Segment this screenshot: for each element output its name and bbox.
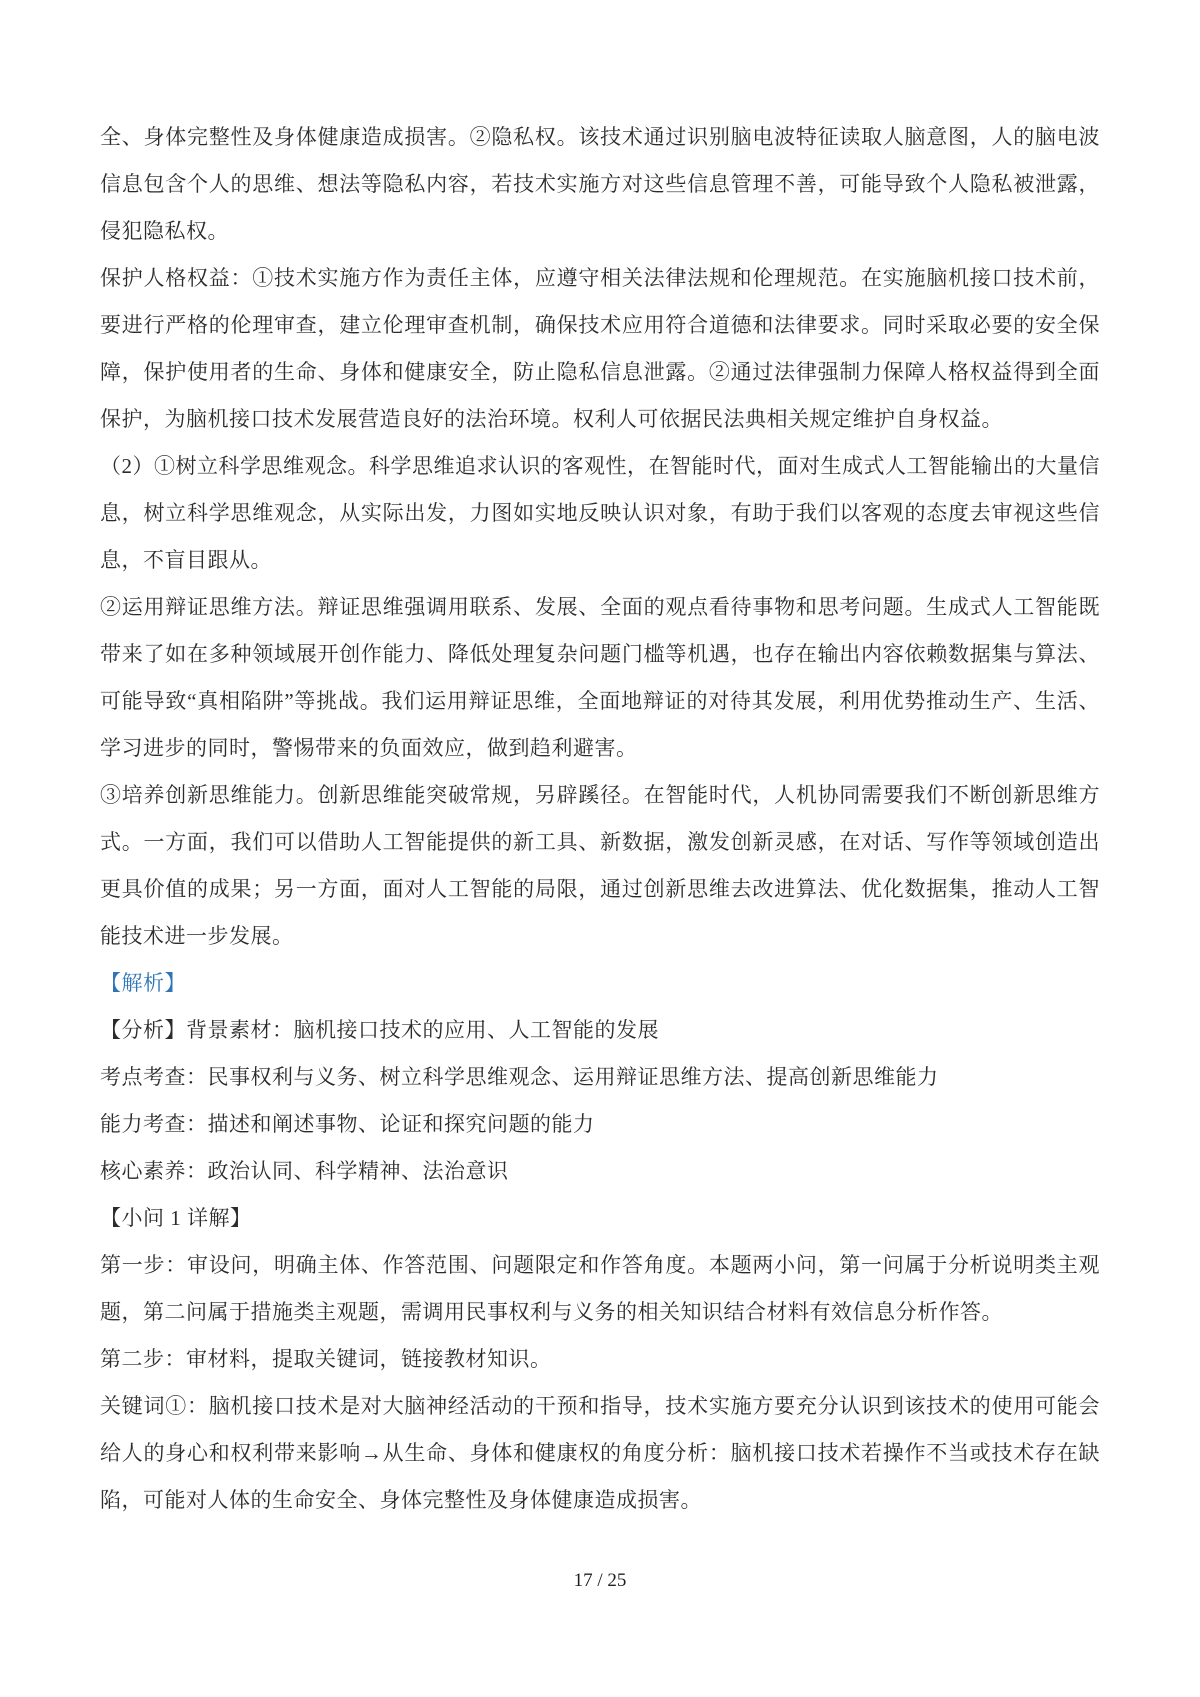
answer-text-line: 式。一方面，我们可以借助人工智能提供的新工具、新数据，激发创新灵感，在对话、写作… <box>100 819 1100 866</box>
document-body: 全、身体完整性及身体健康造成损害。②隐私权。该技术通过识别脑电波特征读取人脑意图… <box>100 114 1100 1524</box>
answer-text-line: 带来了如在多种领域展开创作能力、降低处理复杂问题门槛等机遇，也存在输出内容依赖数… <box>100 631 1100 678</box>
analysis-keyword-line: 给人的身心和权利带来影响→从生命、身体和健康权的角度分析：脑机接口技术若操作不当… <box>100 1430 1100 1477</box>
answer-text-line: 要进行严格的伦理审查，建立伦理审查机制，确保技术应用符合道德和法律要求。同时采取… <box>100 302 1100 349</box>
analysis-step-line: 第二步：审材料，提取关键词，链接教材知识。 <box>100 1336 1100 1383</box>
answer-text-line: ③培养创新思维能力。创新思维能突破常规，另辟蹊径。在智能时代，人机协同需要我们不… <box>100 772 1100 819</box>
analysis-keyword-line: 陷，可能对人体的生命安全、身体完整性及身体健康造成损害。 <box>100 1477 1100 1524</box>
analysis-section-label: 【解析】 <box>100 960 1100 1007</box>
analysis-step-line: 第一步：审设问，明确主体、作答范围、问题限定和作答角度。本题两小问，第一问属于分… <box>100 1242 1100 1289</box>
answer-text-line: 信息包含个人的思维、想法等隐私内容，若技术实施方对这些信息管理不善，可能导致个人… <box>100 161 1100 208</box>
answer-text-line: 息，不盲目跟从。 <box>100 537 1100 584</box>
core-literacy-line: 核心素养：政治认同、科学精神、法治意识 <box>100 1148 1100 1195</box>
answer-text-line: ②运用辩证思维方法。辩证思维强调用联系、发展、全面的观点看待事物和思考问题。生成… <box>100 584 1100 631</box>
answer-text-line: 障，保护使用者的生命、身体和健康安全，防止隐私信息泄露。②通过法律强制力保障人格… <box>100 349 1100 396</box>
answer-text-line: 全、身体完整性及身体健康造成损害。②隐私权。该技术通过识别脑电波特征读取人脑意图… <box>100 114 1100 161</box>
analysis-step-line: 题，第二问属于措施类主观题，需调用民事权利与义务的相关知识结合材料有效信息分析作… <box>100 1289 1100 1336</box>
analysis-background-line: 【分析】背景素材：脑机接口技术的应用、人工智能的发展 <box>100 1007 1100 1054</box>
answer-text-line: 保护人格权益：①技术实施方作为责任主体，应遵守相关法律法规和伦理规范。在实施脑机… <box>100 255 1100 302</box>
answer-text-line: 能技术进一步发展。 <box>100 913 1100 960</box>
answer-text-line: 侵犯隐私权。 <box>100 208 1100 255</box>
analysis-keyword-line: 关键词①：脑机接口技术是对大脑神经活动的干预和指导，技术实施方要充分认识到该技术… <box>100 1383 1100 1430</box>
document-page: { "colors": { "background": "#ffffff", "… <box>0 0 1200 1697</box>
answer-text-line: （2）①树立科学思维观念。科学思维追求认识的客观性，在智能时代，面对生成式人工智… <box>100 443 1100 490</box>
answer-text-line: 可能导致“真相陷阱”等挑战。我们运用辩证思维，全面地辩证的对待其发展，利用优势推… <box>100 678 1100 725</box>
page-number: 17 / 25 <box>100 1566 1100 1596</box>
answer-text-line: 息，树立科学思维观念，从实际出发，力图如实地反映认识对象，有助于我们以客观的态度… <box>100 490 1100 537</box>
ability-check-line: 能力考查：描述和阐述事物、论证和探究问题的能力 <box>100 1101 1100 1148</box>
sub-question-1-heading: 【小问 1 详解】 <box>100 1195 1100 1242</box>
answer-text-line: 更具价值的成果；另一方面，面对人工智能的局限，通过创新思维去改进算法、优化数据集… <box>100 866 1100 913</box>
answer-text-line: 学习进步的同时，警惕带来的负面效应，做到趋利避害。 <box>100 725 1100 772</box>
exam-points-line: 考点考查：民事权利与义务、树立科学思维观念、运用辩证思维方法、提高创新思维能力 <box>100 1054 1100 1101</box>
answer-text-line: 保护，为脑机接口技术发展营造良好的法治环境。权利人可依据民法典相关规定维护自身权… <box>100 396 1100 443</box>
